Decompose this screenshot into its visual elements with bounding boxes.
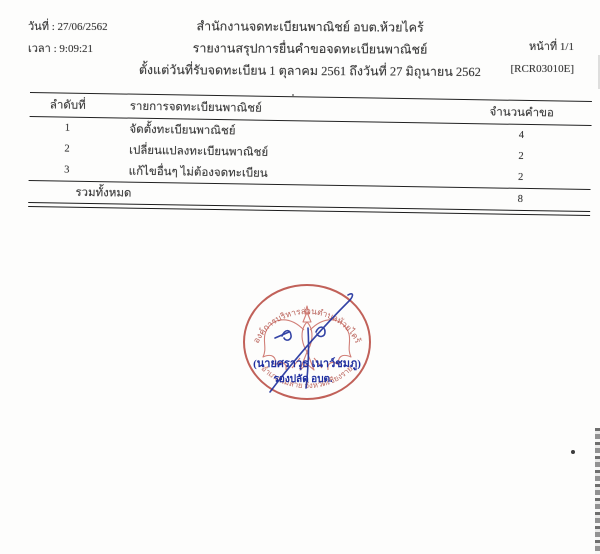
report-title-line3: ตั้งแต่วันที่รับจดทะเบียน 1 ตุลาคม 2561 …	[60, 58, 560, 83]
page-number: หน้าที่ 1/1	[510, 36, 574, 58]
report-title-line1: สำนักงานจดทะเบียนพาณิชย์ อบต.ห้วยไคร้	[60, 14, 560, 39]
total-label: รวมทั้งหมด	[28, 182, 104, 201]
page-meta: หน้าที่ 1/1 [RCR03010E]	[510, 36, 574, 80]
report-title-line2: รายงานสรุปการยื่นคำขอจดทะเบียนพาณิชย์	[60, 36, 560, 61]
signer-title: รองปลัด อบต.	[273, 373, 333, 385]
row-number: 3	[29, 164, 105, 176]
row-number: 2	[29, 143, 105, 155]
scan-speck	[571, 450, 575, 454]
column-header-no: ลำดับที่	[30, 95, 106, 114]
official-stamp: องค์การบริหารส่วนตำบลห้วยไคร้ อำเภอแม่สา…	[212, 266, 402, 426]
row-number: 1	[29, 122, 105, 134]
row-count: 2	[451, 150, 591, 163]
total-value: 8	[450, 193, 590, 206]
row-count: 4	[451, 129, 591, 142]
report-header: สำนักงานจดทะเบียนพาณิชย์ อบต.ห้วยไคร้ รา…	[60, 14, 560, 83]
registry-table: ลำดับที่ รายการจดทะเบียนพาณิชย์ จำนวนคำข…	[28, 92, 592, 216]
scan-speck	[292, 94, 294, 96]
column-header-item: รายการจดทะเบียนพาณิชย์	[106, 97, 452, 121]
column-header-count: จำนวนคำขอ	[452, 102, 592, 122]
scan-edge-noise	[595, 428, 600, 554]
signer-name: (นายศราวุธ เนาว์ชมภู)	[253, 357, 361, 371]
report-code: [RCR03010E]	[510, 58, 574, 80]
row-count: 2	[451, 171, 591, 184]
